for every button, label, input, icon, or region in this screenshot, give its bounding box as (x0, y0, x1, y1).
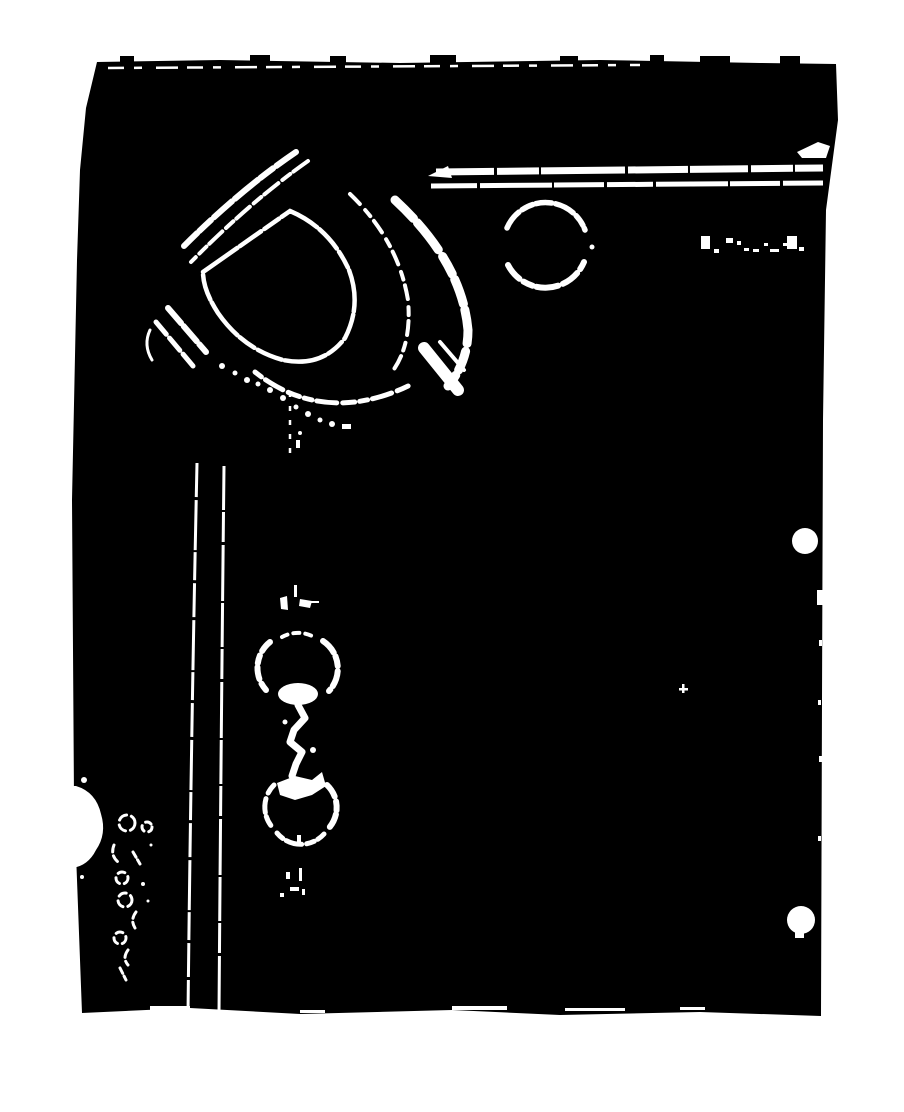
photo-plate (72, 55, 838, 1016)
scanned-page: Scanned halftone photograph (0, 0, 904, 1112)
panel-trim-line-lower (431, 183, 823, 186)
punch-hole-top (792, 528, 818, 554)
power-button-speck (590, 245, 595, 250)
scanned-photo (0, 0, 904, 1112)
